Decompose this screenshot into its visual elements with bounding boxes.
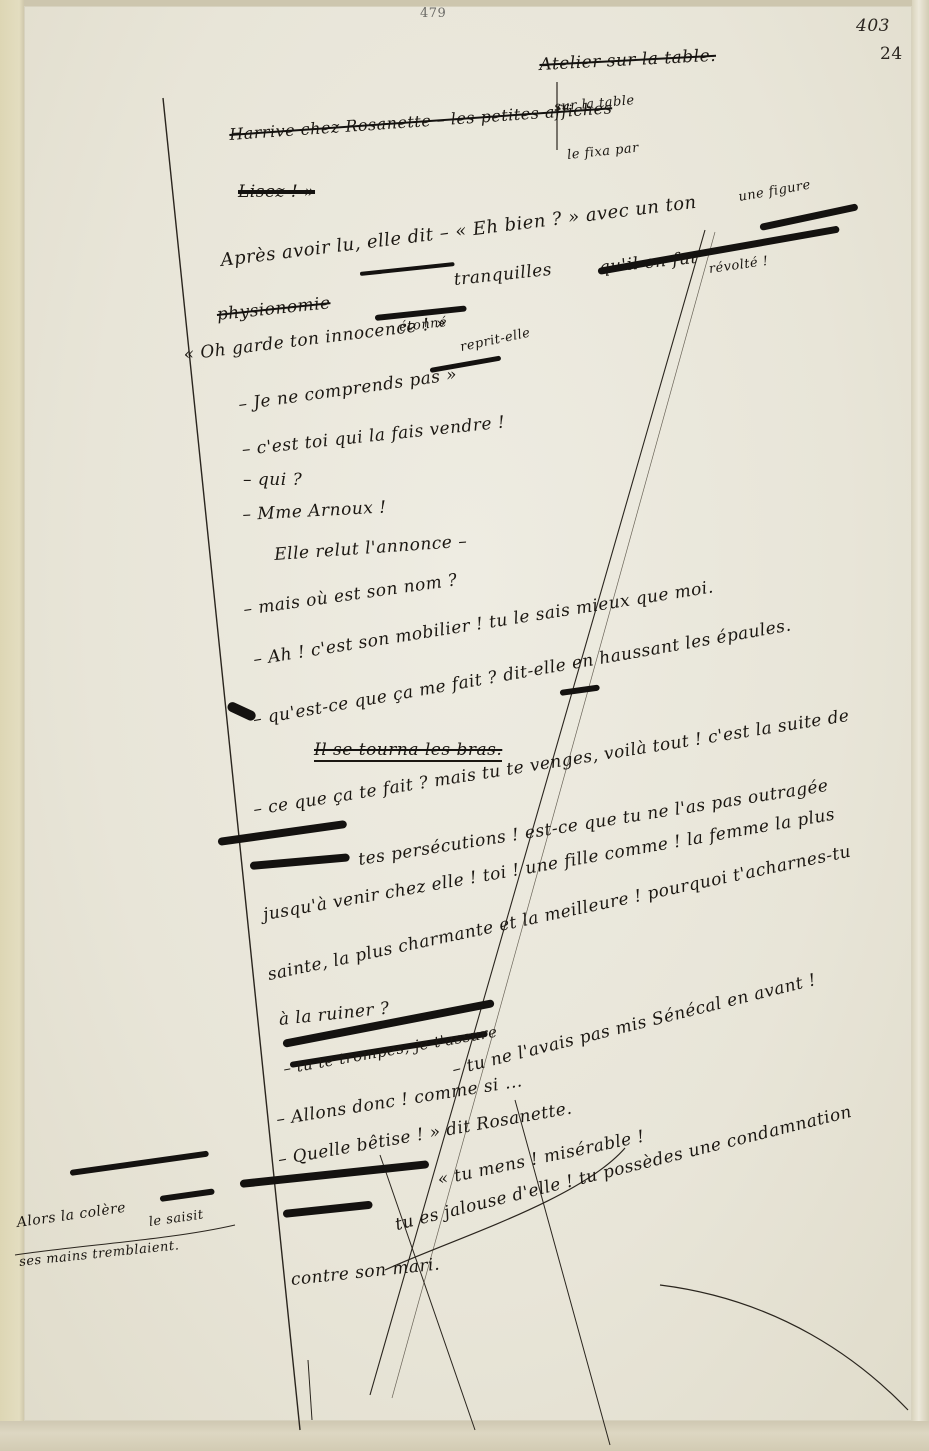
right-page-edge <box>912 0 929 1451</box>
cancelled-text: Lisez ! » <box>238 182 315 202</box>
manuscript-line-qui: – qui ? <box>243 470 302 490</box>
manuscript-line-lisez: Lisez ! » <box>238 182 315 202</box>
printed-folio-number: 24 <box>880 44 903 64</box>
manuscript-line-il-se-tourna: Il se tourna les bras. <box>314 740 502 760</box>
bottom-page-edge <box>0 1421 929 1451</box>
cancelled-text: Il se tourna les bras. <box>314 740 502 762</box>
ink-folio-number: 403 <box>856 16 890 36</box>
binding-gutter <box>0 0 24 1451</box>
pencil-folio-number: 479 <box>420 6 446 21</box>
